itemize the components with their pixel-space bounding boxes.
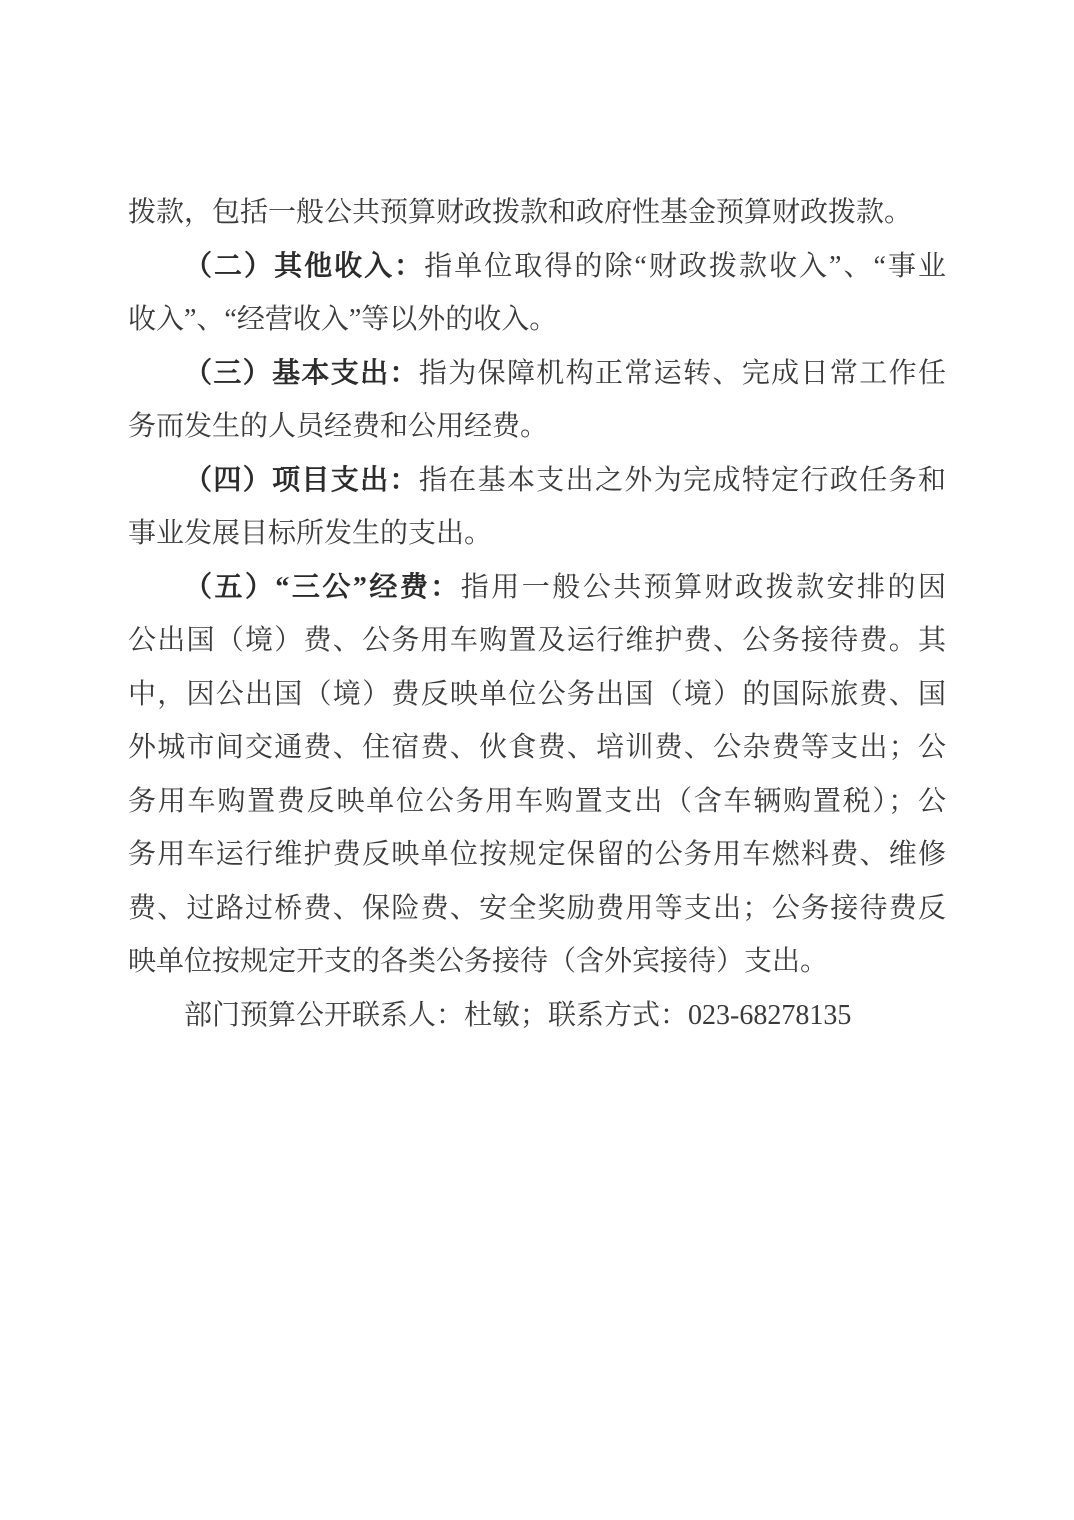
paragraph-other-income: （二）其他收入：指单位取得的除“财政拨款收入”、“事业 收入”、“经营收入”等以… [128,240,946,347]
body-text: 拨款，包括一般公共预算财政拨款和政府性基金预算财政拨款。 （二）其他收入：指单位… [128,186,946,1042]
term-project-expenditure: （四）项目支出： [184,465,419,496]
paragraph-three-public-funds: （五）“三公”经费：指用一般公共预算财政拨款安排的因 公出国（境）费、公务用车购… [128,561,946,989]
text-line: 外城市间交通费、住宿费、伙食费、培训费、公杂费等支出；公 [128,721,946,775]
text-line: （二）其他收入：指单位取得的除“财政拨款收入”、“事业 [128,240,946,294]
text-line: 事业发展目标所发生的支出。 [128,507,946,561]
text-segment: 指在基本支出之外为完成特定行政任务和 [419,465,946,496]
paragraph-contact-info: 部门预算公开联系人：杜敏；联系方式：023-68278135 [128,989,946,1043]
text-line: 务用车运行维护费反映单位按规定保留的公务用车燃料费、维修 [128,828,946,882]
text-segment: 指单位取得的除“财政拨款收入”、“事业 [424,251,946,282]
term-basic-expenditure: （三）基本支出： [184,358,419,389]
text-line: （五）“三公”经费：指用一般公共预算财政拨款安排的因 [128,561,946,615]
paragraph-project-expenditure: （四）项目支出：指在基本支出之外为完成特定行政任务和 事业发展目标所发生的支出。 [128,454,946,561]
text-line: 映单位按规定开支的各类公务接待（含外宾接待）支出。 [128,935,946,989]
text-line: 费、过路过桥费、保险费、安全奖励费用等支出；公务接待费反 [128,882,946,936]
text-line: 公出国（境）费、公务用车购置及运行维护费、公务接待费。其 [128,614,946,668]
text-line: 收入”、“经营收入”等以外的收入。 [128,293,946,347]
text-segment: 指用一般公共预算财政拨款安排的因 [461,572,946,603]
text-segment: 指为保障机构正常运转、完成日常工作任 [419,358,946,389]
term-three-public-funds: （五）“三公”经费： [184,572,461,603]
document-page: 拨款，包括一般公共预算财政拨款和政府性基金预算财政拨款。 （二）其他收入：指单位… [0,0,1074,1520]
term-other-income: （二）其他收入： [184,251,424,282]
text-line: 拨款，包括一般公共预算财政拨款和政府性基金预算财政拨款。 [128,186,946,240]
text-line: 部门预算公开联系人：杜敏；联系方式：023-68278135 [128,989,946,1043]
text-line: 务而发生的人员经费和公用经费。 [128,400,946,454]
text-line: （三）基本支出：指为保障机构正常运转、完成日常工作任 [128,347,946,401]
text-line: 务用车购置费反映单位公务用车购置支出（含车辆购置税）；公 [128,775,946,829]
text-line: 中，因公出国（境）费反映单位公务出国（境）的国际旅费、国 [128,668,946,722]
paragraph-basic-expenditure: （三）基本支出：指为保障机构正常运转、完成日常工作任 务而发生的人员经费和公用经… [128,347,946,454]
paragraph-fiscal-appropriation-continuation: 拨款，包括一般公共预算财政拨款和政府性基金预算财政拨款。 [128,186,946,240]
text-line: （四）项目支出：指在基本支出之外为完成特定行政任务和 [128,454,946,508]
